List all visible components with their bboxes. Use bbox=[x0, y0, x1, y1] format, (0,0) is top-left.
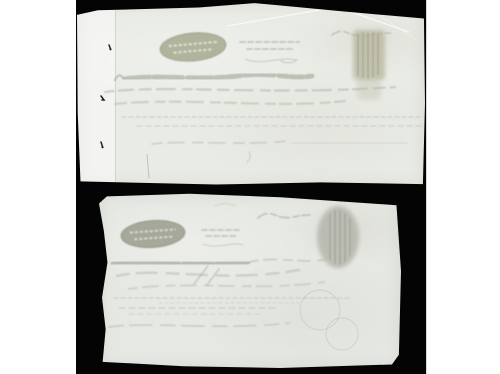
seal-ghost bbox=[326, 318, 358, 350]
flourish-swirl bbox=[245, 59, 297, 63]
flourish-swirl bbox=[203, 244, 243, 246]
cursive-row bbox=[117, 270, 299, 276]
mirrored-cursive-block bbox=[109, 266, 349, 327]
vignette-body bbox=[317, 206, 359, 268]
pin-hole-icon bbox=[101, 142, 103, 148]
pin-hole-icon bbox=[101, 96, 104, 100]
blackletter-initial bbox=[115, 75, 123, 80]
cursive-row bbox=[152, 141, 287, 144]
signature-row bbox=[109, 323, 289, 327]
flourish-swirl bbox=[215, 204, 235, 207]
bottom-document bbox=[99, 192, 401, 368]
mirrored-title-row bbox=[202, 230, 240, 236]
oval-stamp-icon bbox=[120, 218, 186, 249]
top-document bbox=[77, 2, 425, 186]
bottom-document-detail bbox=[99, 192, 401, 368]
pin-hole-icon bbox=[109, 45, 111, 50]
blackletter-line bbox=[113, 262, 248, 264]
blackletter-line bbox=[125, 74, 312, 79]
pin-holes bbox=[101, 45, 111, 148]
oval-stamp-icon bbox=[159, 30, 227, 64]
mirrored-title-row bbox=[240, 42, 299, 49]
mirrored-header-marks bbox=[202, 204, 310, 247]
seal-ghost bbox=[300, 290, 340, 330]
catalog-photo-page bbox=[0, 0, 500, 374]
cursive-row bbox=[115, 101, 345, 104]
number-squiggle bbox=[258, 214, 310, 218]
cursive-tail bbox=[250, 258, 330, 262]
top-document-detail bbox=[77, 2, 425, 186]
descender-mark bbox=[247, 152, 250, 162]
cursive-row bbox=[129, 282, 324, 289]
vignette-figure bbox=[317, 206, 359, 268]
cursive-row bbox=[105, 87, 395, 92]
crease-line bbox=[147, 154, 149, 178]
